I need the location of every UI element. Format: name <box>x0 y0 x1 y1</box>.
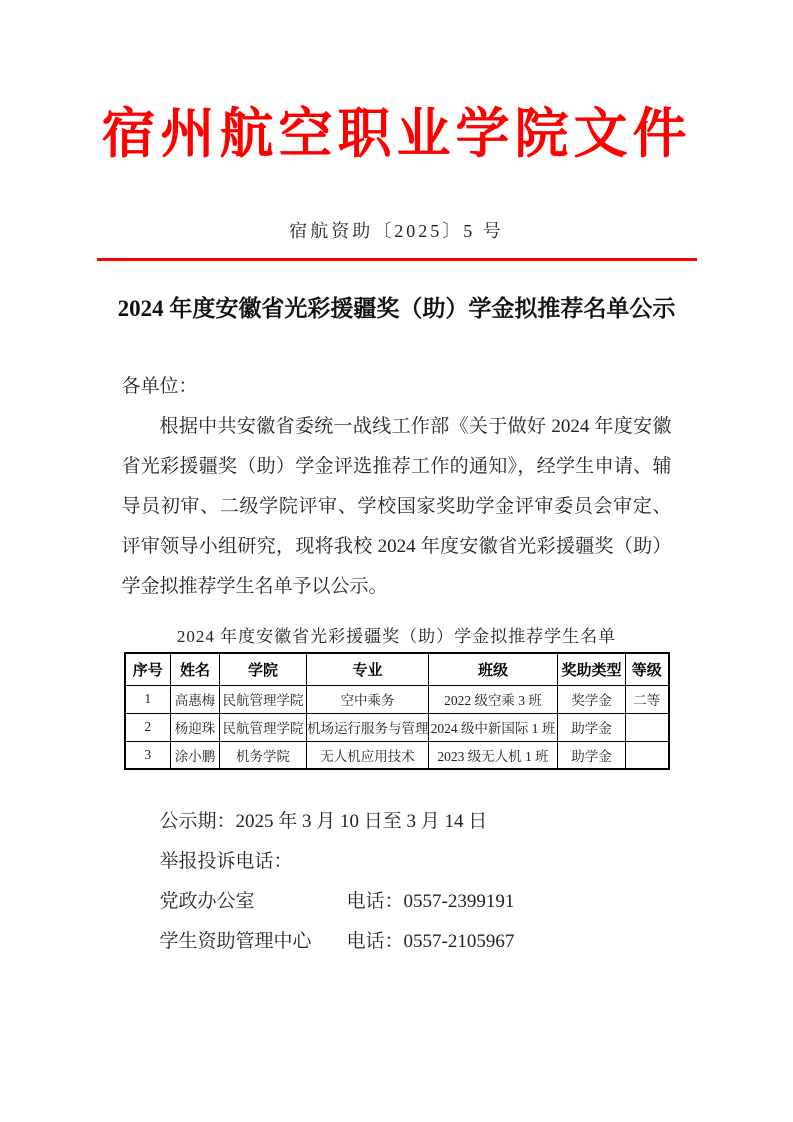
col-header-college: 学院 <box>220 653 307 685</box>
page-title: 2024 年度安徽省光彩援疆奖（助）学金拟推荐名单公示 <box>97 289 697 329</box>
report-phone-label: 举报投诉电话： <box>160 842 672 882</box>
cell-major: 无人机应用技术 <box>307 741 429 769</box>
contact-office-phone: 电话：0557-2399191 <box>347 882 515 922</box>
col-header-name: 姓名 <box>171 653 220 685</box>
table-row: 1 高惠梅 民航管理学院 空中乘务 2022 级空乘 3 班 奖学金 二等 <box>125 685 669 713</box>
contact-row: 学生资助管理中心 电话：0557-2105967 <box>160 922 672 962</box>
cell-grade: 二等 <box>626 685 669 713</box>
cell-class: 2022 级空乘 3 班 <box>429 685 558 713</box>
cell-award-type: 奖学金 <box>558 685 626 713</box>
cell-class: 2024 级中新国际 1 班 <box>429 713 558 741</box>
document-page: 宿州航空职业学院文件 宿航资助〔2025〕5 号 2024 年度安徽省光彩援疆奖… <box>0 0 793 1122</box>
col-header-index: 序号 <box>125 653 171 685</box>
cell-name: 杨迎珠 <box>171 713 220 741</box>
contact-center-phone: 电话：0557-2105967 <box>347 922 515 962</box>
contact-office-name: 党政办公室 <box>160 882 347 922</box>
cell-college: 民航管理学院 <box>220 685 307 713</box>
table-title: 2024 年度安徽省光彩援疆奖（助）学金拟推荐学生名单 <box>97 625 697 649</box>
table-row: 3 涂小鹏 机务学院 无人机应用技术 2023 级无人机 1 班 助学金 <box>125 741 669 769</box>
col-header-class: 班级 <box>429 653 558 685</box>
contact-row: 党政办公室 电话：0557-2399191 <box>160 882 672 922</box>
col-header-grade: 等级 <box>626 653 669 685</box>
table-row: 2 杨迎珠 民航管理学院 机场运行服务与管理 2024 级中新国际 1 班 助学… <box>125 713 669 741</box>
cell-index: 1 <box>125 685 171 713</box>
cell-grade <box>626 713 669 741</box>
table-header-row: 序号 姓名 学院 专业 班级 奖助类型 等级 <box>125 653 669 685</box>
red-divider-line <box>97 258 697 261</box>
col-header-major: 专业 <box>307 653 429 685</box>
recommendation-table: 序号 姓名 学院 专业 班级 奖助类型 等级 1 高惠梅 民航管理学院 空中乘务… <box>124 652 670 770</box>
cell-major: 空中乘务 <box>307 685 429 713</box>
cell-college: 民航管理学院 <box>220 713 307 741</box>
cell-major: 机场运行服务与管理 <box>307 713 429 741</box>
letterhead-title: 宿州航空职业学院文件 <box>97 102 697 166</box>
cell-award-type: 助学金 <box>558 741 626 769</box>
document-content: 宿州航空职业学院文件 宿航资助〔2025〕5 号 2024 年度安徽省光彩援疆奖… <box>97 102 697 962</box>
document-body: 各单位： 根据中共安徽省委统一战线工作部《关于做好 2024 年度安徽省光彩援疆… <box>122 367 672 607</box>
salutation: 各单位： <box>122 367 672 407</box>
document-number: 宿航资助〔2025〕5 号 <box>97 220 697 242</box>
footer-block: 公示期：2025 年 3 月 10 日至 3 月 14 日 举报投诉电话： 党政… <box>122 802 672 962</box>
cell-name: 高惠梅 <box>171 685 220 713</box>
cell-index: 2 <box>125 713 171 741</box>
cell-name: 涂小鹏 <box>171 741 220 769</box>
cell-award-type: 助学金 <box>558 713 626 741</box>
cell-index: 3 <box>125 741 171 769</box>
body-paragraph: 根据中共安徽省委统一战线工作部《关于做好 2024 年度安徽省光彩援疆奖（助）学… <box>122 407 672 607</box>
contact-center-name: 学生资助管理中心 <box>160 922 347 962</box>
cell-college: 机务学院 <box>220 741 307 769</box>
cell-class: 2023 级无人机 1 班 <box>429 741 558 769</box>
cell-grade <box>626 741 669 769</box>
publicity-period: 公示期：2025 年 3 月 10 日至 3 月 14 日 <box>160 802 672 842</box>
col-header-award-type: 奖助类型 <box>558 653 626 685</box>
